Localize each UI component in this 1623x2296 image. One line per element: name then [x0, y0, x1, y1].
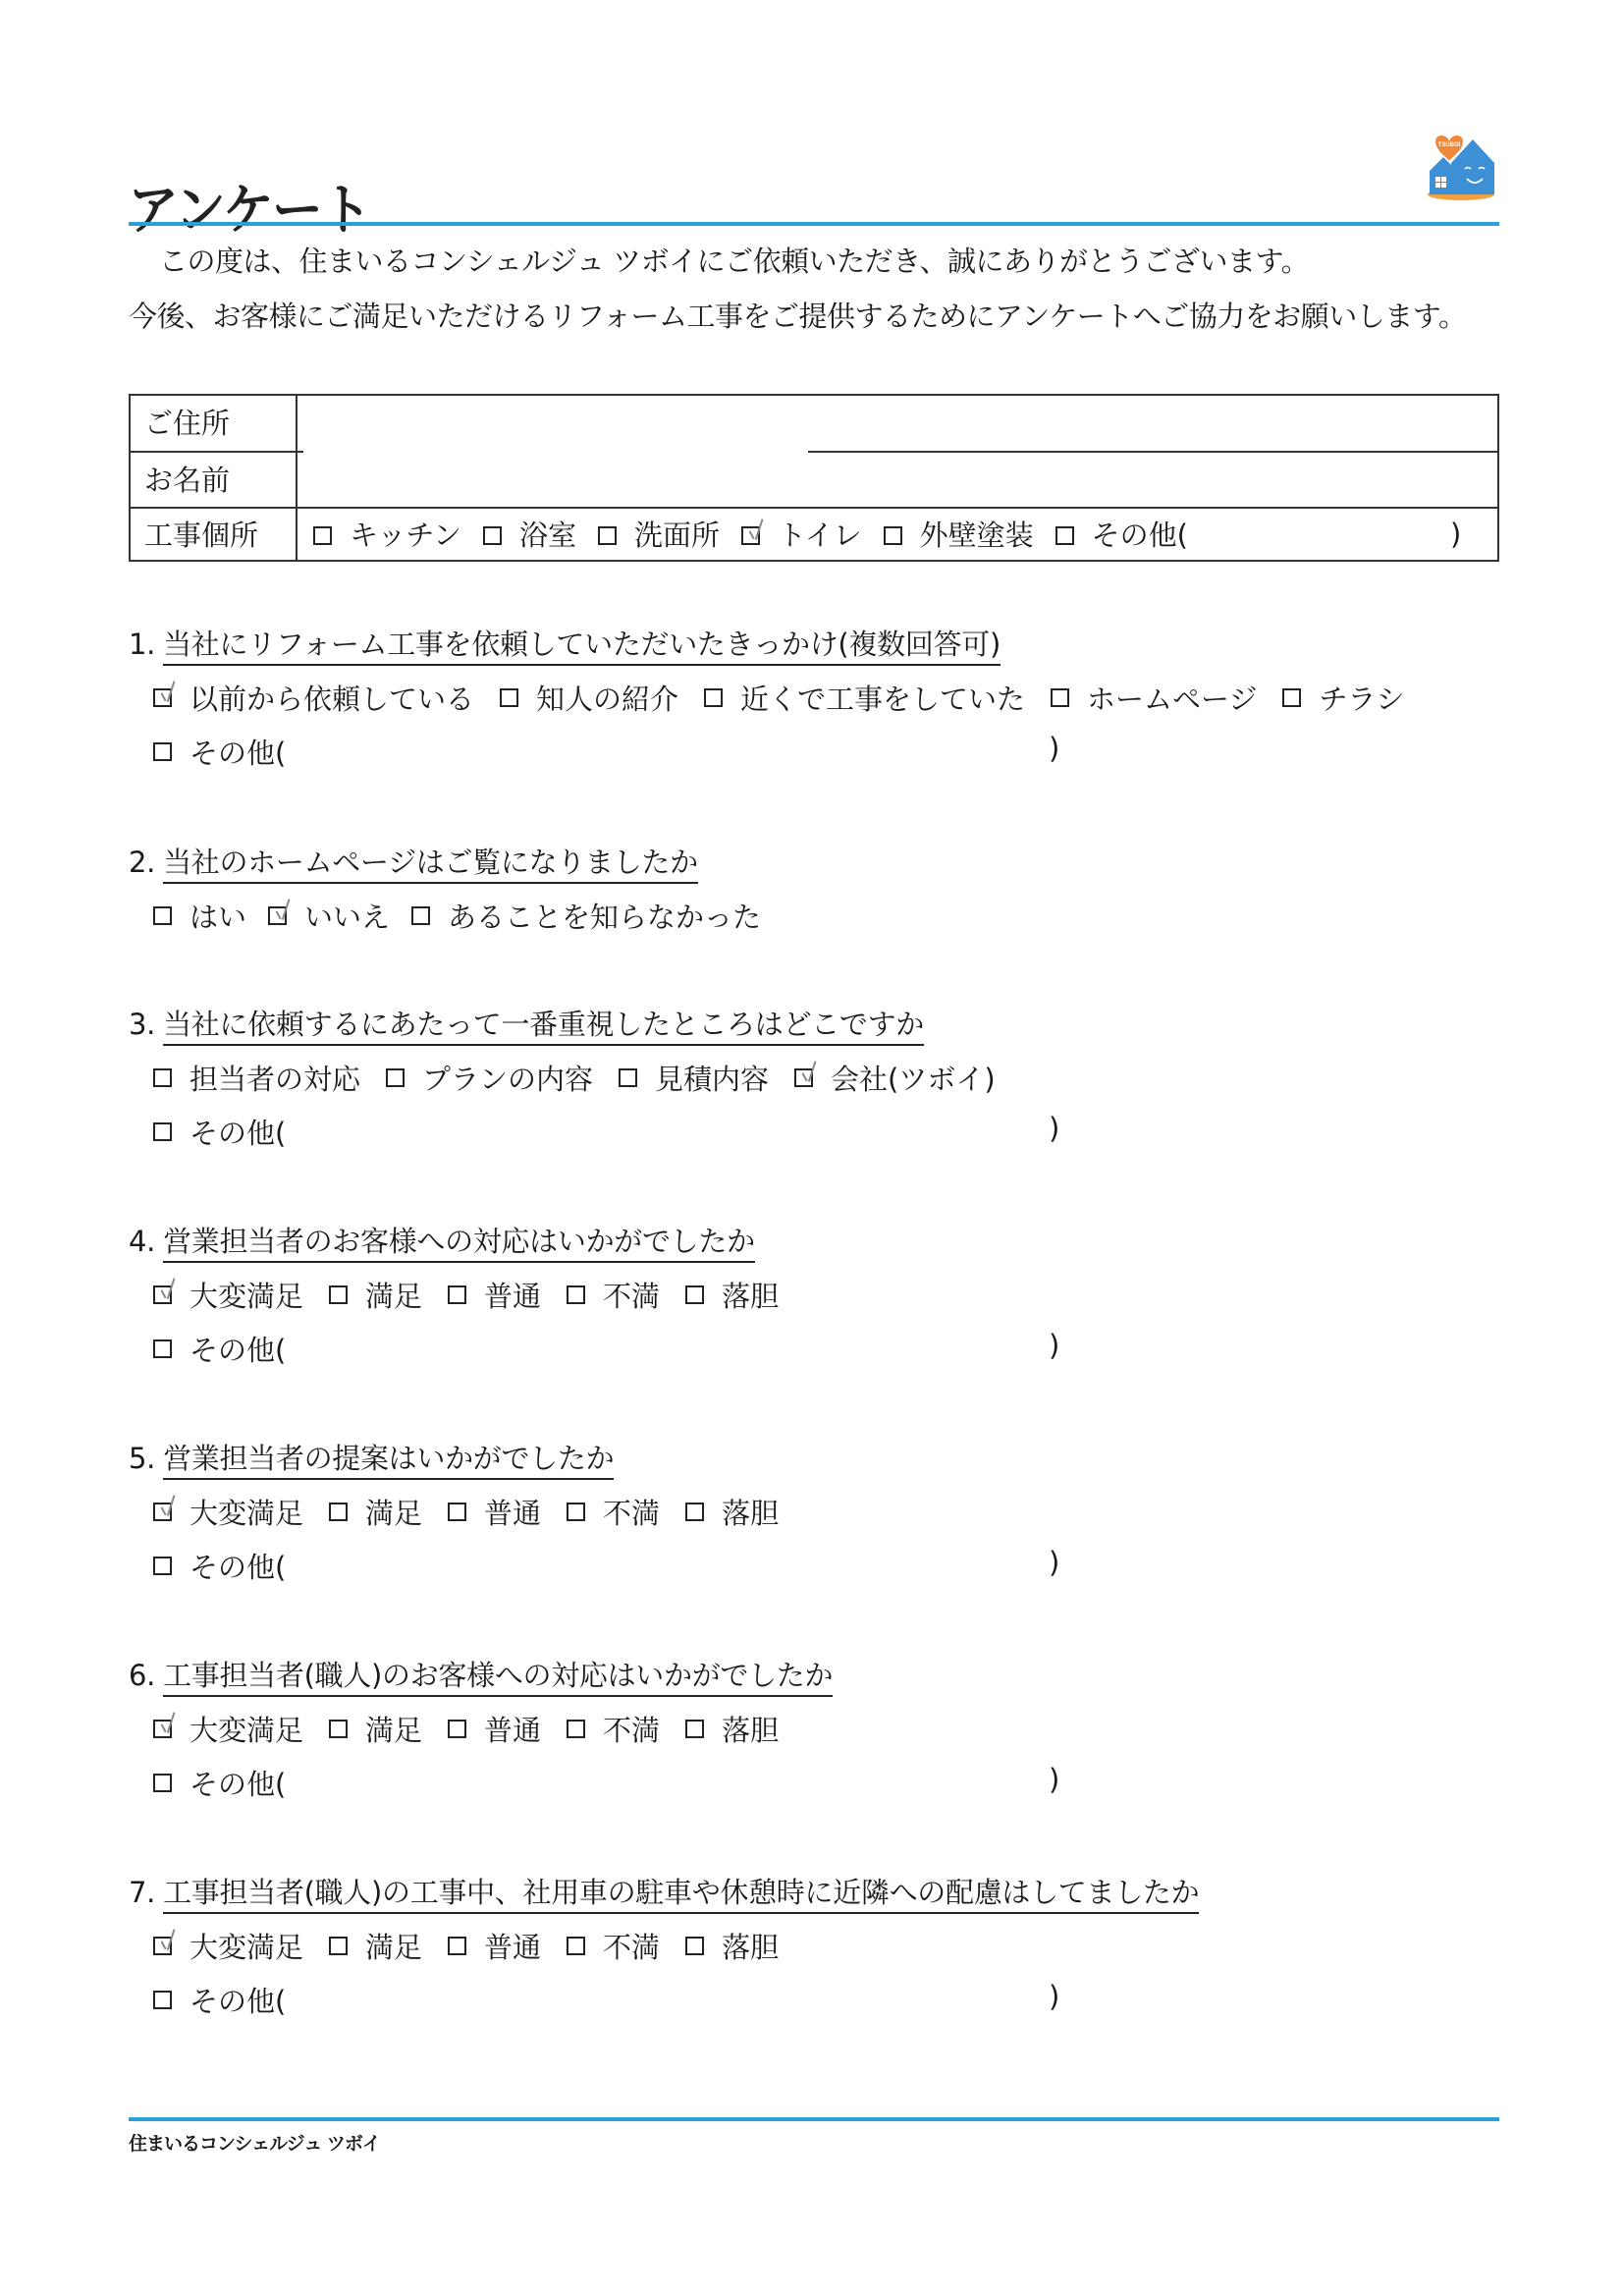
checkbox-icon[interactable] — [685, 1285, 704, 1304]
option[interactable]: 会社(ツボイ) — [794, 1058, 996, 1098]
checkbox-icon[interactable] — [1055, 526, 1074, 545]
checkbox-icon[interactable] — [329, 1720, 348, 1738]
question-1-options: 以前から依頼している 知人の紹介 近くで工事をしていた ホームページ チラシ — [153, 678, 1426, 717]
option[interactable]: 見積内容 — [619, 1058, 769, 1098]
other-close-paren: ) — [1049, 1980, 1059, 2013]
option[interactable]: 大変満足 — [153, 1275, 303, 1315]
intro-line-1: この度は、住まいるコンシェルジュ ツボイにご依頼いただき、誠にありがとうございま… — [159, 240, 1309, 280]
checkbox-icon[interactable] — [153, 1774, 172, 1792]
checked-checkbox-icon[interactable] — [153, 1503, 172, 1521]
option[interactable]: 落胆 — [685, 1492, 779, 1532]
option-bathroom[interactable]: 浴室 — [483, 508, 576, 563]
checkbox-icon[interactable] — [483, 526, 502, 545]
option-other[interactable]: その他( — [1055, 508, 1188, 563]
option[interactable]: 不満 — [567, 1492, 660, 1532]
name-field[interactable] — [299, 453, 1497, 508]
checkbox-icon[interactable] — [153, 906, 172, 925]
option[interactable]: 落胆 — [685, 1709, 779, 1749]
question-1-title: 1.当社にリフォーム工事を依頼していただいたきっかけ(複数回答可) — [129, 623, 1001, 663]
title-divider — [129, 222, 1499, 226]
option[interactable]: 担当者の対応 — [153, 1058, 360, 1098]
checkbox-icon[interactable] — [448, 1720, 466, 1738]
page-title: アンケート — [128, 165, 370, 245]
checkbox-icon[interactable] — [448, 1937, 466, 1955]
other-close-paren: ) — [1049, 732, 1059, 765]
option[interactable]: いいえ — [268, 896, 390, 936]
checkbox-icon[interactable] — [153, 742, 172, 761]
checkbox-icon[interactable] — [1051, 688, 1069, 707]
option[interactable]: 満足 — [329, 1926, 422, 1966]
option-kitchen[interactable]: キッチン — [313, 508, 461, 563]
checkbox-icon[interactable] — [448, 1503, 466, 1521]
question-6-other[interactable]: その他( — [153, 1763, 286, 1802]
checkbox-icon[interactable] — [386, 1068, 405, 1087]
svg-text:TSUBOI: TSUBOI — [1438, 142, 1461, 148]
option[interactable]: 普通 — [448, 1275, 541, 1315]
option[interactable]: 満足 — [329, 1275, 422, 1315]
option[interactable]: ホームページ — [1051, 678, 1257, 718]
question-4-other[interactable]: その他( — [153, 1329, 286, 1368]
checkbox-icon[interactable] — [1282, 688, 1301, 707]
option[interactable]: 知人の紹介 — [500, 678, 678, 718]
checkbox-icon[interactable] — [567, 1285, 585, 1304]
checkbox-icon[interactable] — [598, 526, 617, 545]
other-close-paren: ) — [1049, 1546, 1059, 1579]
location-label: 工事個所 — [131, 508, 298, 562]
checked-checkbox-icon[interactable] — [741, 526, 760, 545]
question-4-options: 大変満足 満足 普通 不満 落胆 — [153, 1275, 800, 1314]
option[interactable]: 不満 — [567, 1709, 660, 1749]
question-3-other[interactable]: その他( — [153, 1112, 286, 1151]
question-5-options: 大変満足 満足 普通 不満 落胆 — [153, 1492, 800, 1531]
option[interactable]: 普通 — [448, 1709, 541, 1749]
checked-checkbox-icon[interactable] — [153, 688, 172, 707]
checkbox-icon[interactable] — [153, 1122, 172, 1141]
checkbox-icon[interactable] — [329, 1285, 348, 1304]
question-3-options: 担当者の対応 プランの内容 見積内容 会社(ツボイ) — [153, 1058, 1017, 1097]
location-options: キッチン 浴室 洗面所 トイレ 外壁塗装 その他( — [313, 508, 1210, 563]
option[interactable]: 大変満足 — [153, 1926, 303, 1966]
other-close-paren: ) — [1049, 1112, 1059, 1145]
address-field[interactable] — [299, 396, 1497, 451]
checkbox-icon[interactable] — [448, 1285, 466, 1304]
checked-checkbox-icon[interactable] — [153, 1937, 172, 1955]
option[interactable]: 大変満足 — [153, 1709, 303, 1749]
footer-company-name: 住まいるコンシェルジュ ツボイ — [129, 2129, 380, 2156]
question-7-other[interactable]: その他( — [153, 1980, 286, 2019]
option[interactable]: あることを知らなかった — [411, 896, 761, 936]
option[interactable]: 落胆 — [685, 1926, 779, 1966]
option-toilet[interactable]: トイレ — [741, 508, 862, 563]
question-5-title: 5.営業担当者の提案はいかがでしたか — [129, 1437, 614, 1477]
checked-checkbox-icon[interactable] — [153, 1720, 172, 1738]
checkbox-icon[interactable] — [329, 1503, 348, 1521]
name-label: お名前 — [131, 453, 298, 508]
option[interactable]: 以前から依頼している — [153, 678, 474, 718]
option[interactable]: 普通 — [448, 1926, 541, 1966]
option[interactable]: 不満 — [567, 1926, 660, 1966]
checkbox-icon[interactable] — [884, 526, 902, 545]
option[interactable]: 満足 — [329, 1709, 422, 1749]
checkbox-icon[interactable] — [153, 1339, 172, 1358]
question-7-options: 大変満足 満足 普通 不満 落胆 — [153, 1926, 800, 1965]
checkbox-icon[interactable] — [685, 1720, 704, 1738]
address-label: ご住所 — [131, 396, 298, 451]
footer-divider — [129, 2117, 1499, 2121]
checkbox-icon[interactable] — [329, 1937, 348, 1955]
other-close-paren: ) — [1049, 1329, 1059, 1362]
checkbox-icon[interactable] — [153, 1068, 172, 1087]
checkbox-icon[interactable] — [411, 906, 430, 925]
checkbox-icon[interactable] — [685, 1503, 704, 1521]
option[interactable]: 普通 — [448, 1492, 541, 1532]
checkbox-icon[interactable] — [704, 688, 723, 707]
option[interactable]: 近くで工事をしていた — [704, 678, 1025, 718]
checkbox-icon[interactable] — [153, 1557, 172, 1575]
question-7-title: 7.工事担当者(職人)の工事中、社用車の駐車や休憩時に近隣への配慮はしてましたか — [129, 1871, 1199, 1911]
option[interactable]: プランの内容 — [386, 1058, 593, 1098]
checkbox-icon[interactable] — [567, 1937, 585, 1955]
house-logo-icon: TSUBOI — [1422, 132, 1500, 202]
option[interactable]: チラシ — [1282, 678, 1404, 718]
other-close-paren: ) — [1049, 1763, 1059, 1796]
question-1-other[interactable]: その他( — [153, 732, 286, 771]
company-logo: TSUBOI — [1422, 132, 1500, 202]
checked-checkbox-icon[interactable] — [268, 906, 287, 925]
question-6-options: 大変満足 満足 普通 不満 落胆 — [153, 1709, 800, 1748]
option[interactable]: 満足 — [329, 1492, 422, 1532]
checkbox-icon[interactable] — [313, 526, 332, 545]
checked-checkbox-icon[interactable] — [153, 1285, 172, 1304]
checkbox-icon[interactable] — [685, 1937, 704, 1955]
checkbox-icon[interactable] — [500, 688, 518, 707]
question-5-other[interactable]: その他( — [153, 1546, 286, 1585]
checkbox-icon[interactable] — [153, 1991, 172, 2009]
question-2-options: はい いいえ あることを知らなかった — [153, 896, 783, 935]
option[interactable]: 大変満足 — [153, 1492, 303, 1532]
checked-checkbox-icon[interactable] — [794, 1068, 813, 1087]
question-6-title: 6.工事担当者(職人)のお客様への対応はいかがでしたか — [129, 1654, 833, 1694]
other-close-paren: ) — [1450, 518, 1461, 551]
checkbox-icon[interactable] — [619, 1068, 637, 1087]
option-washroom[interactable]: 洗面所 — [598, 508, 720, 563]
question-2-title: 2.当社のホームページはご覧になりましたか — [129, 841, 698, 881]
option[interactable]: はい — [153, 896, 246, 936]
checkbox-icon[interactable] — [567, 1720, 585, 1738]
question-4-title: 4.営業担当者のお客様への対応はいかがでしたか — [129, 1220, 755, 1260]
customer-info-table: ご住所 お名前 工事個所 キッチン 浴室 洗面所 トイレ 外壁塗装 その他( ) — [129, 394, 1499, 562]
option[interactable]: 落胆 — [685, 1275, 779, 1315]
intro-line-2: 今後、お客様にご満足いただけるリフォーム工事をご提供するためにアンケートへご協力… — [129, 295, 1467, 335]
checkbox-icon[interactable] — [567, 1503, 585, 1521]
option-exterior-paint[interactable]: 外壁塗装 — [884, 508, 1034, 563]
question-3-title: 3.当社に依頼するにあたって一番重視したところはどこですか — [129, 1003, 924, 1043]
option[interactable]: 不満 — [567, 1275, 660, 1315]
